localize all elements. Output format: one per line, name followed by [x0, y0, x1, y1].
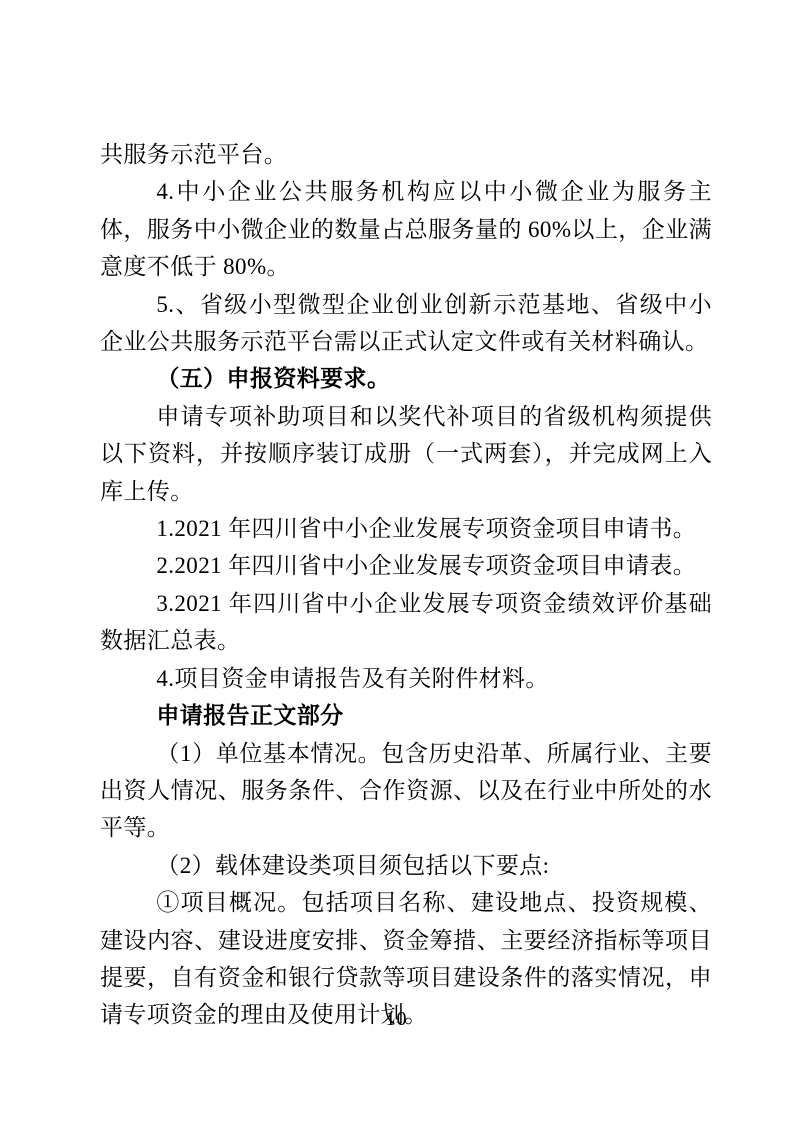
body-paragraph: 5.、省级小型微型企业创业创新示范基地、省级中小企业公共服务示范平台需以正式认定…: [100, 286, 712, 361]
body-paragraph: 1.2021 年四川省中小企业发展专项资金项目申请书。: [100, 510, 712, 547]
page-number: 10: [0, 1008, 793, 1031]
document-page: 共服务示范平台。4.中小企业公共服务机构应以中小微企业为服务主体，服务中小微企业…: [0, 0, 793, 1122]
body-paragraph: （1）单位基本情况。包含历史沿革、所属行业、主要出资人情况、服务条件、合作资源、…: [100, 735, 712, 847]
document-body: 共服务示范平台。4.中小企业公共服务机构应以中小微企业为服务主体，服务中小微企业…: [100, 136, 712, 1034]
body-paragraph: 2.2021 年四川省中小企业发展专项资金项目申请表。: [100, 547, 712, 584]
body-paragraph: 3.2021 年四川省中小企业发展专项资金绩效评价基础数据汇总表。: [100, 585, 712, 660]
body-paragraph: 申请专项补助项目和以奖代补项目的省级机构须提供以下资料，并按顺序装订成册（一式两…: [100, 398, 712, 510]
body-paragraph: （2）载体建设类项目须包括以下要点:: [100, 847, 712, 884]
heading-paragraph: （五）申报资料要求。: [100, 360, 712, 397]
body-paragraph: 共服务示范平台。: [100, 136, 712, 173]
body-paragraph: 4.项目资金申请报告及有关附件材料。: [100, 660, 712, 697]
body-paragraph: 4.中小企业公共服务机构应以中小微企业为服务主体，服务中小微企业的数量占总服务量…: [100, 173, 712, 285]
heading-paragraph: 申请报告正文部分: [100, 697, 712, 734]
